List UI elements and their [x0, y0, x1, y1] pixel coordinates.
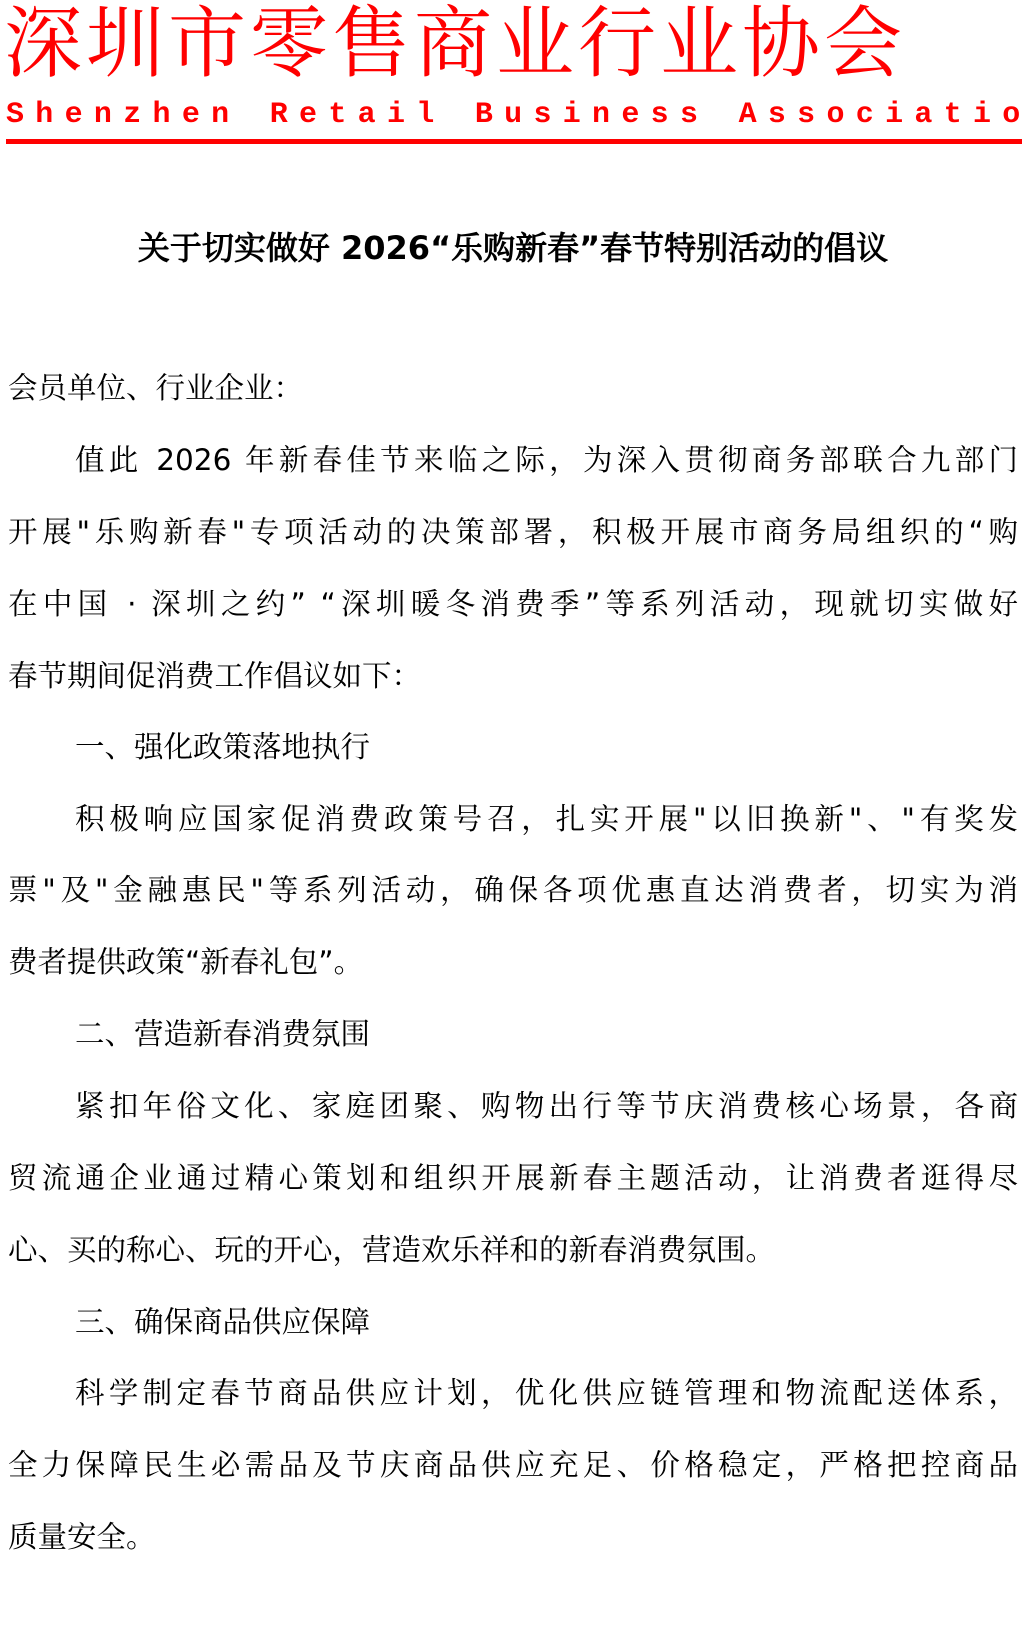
section-line: 紧扣年俗文化、家庭团聚、购物出行等节庆消费核心场景，各商	[75, 1086, 1018, 1126]
section-line: 积极响应国家促消费政策号召，扎实开展"以旧换新"、"有奖发	[75, 799, 1018, 839]
section-line: 全力保障民生必需品及节庆商品供应充足、价格稳定，严格把控商品	[8, 1445, 1018, 1485]
intro-line: 在中国 · 深圳之约” “深圳暖冬消费季”等系列活动，现就切实做好	[8, 584, 1018, 624]
intro-line: 开展"乐购新春"专项活动的决策部署，积极开展市商务局组织的“购	[8, 512, 1018, 552]
section-heading: 一、强化政策落地执行	[75, 727, 1018, 767]
intro-line: 值此 2026 年新春佳节来临之际，为深入贯彻商务部联合九部门	[75, 440, 1018, 480]
section-heading: 三、确保商品供应保障	[75, 1302, 1018, 1342]
intro-line: 春节期间促消费工作倡议如下：	[8, 656, 1018, 696]
salutation: 会员单位、行业企业：	[8, 368, 1018, 408]
section-line: 质量安全。	[8, 1517, 1018, 1557]
section-line: 费者提供政策“新春礼包”。	[8, 942, 1018, 982]
section-line: 贸流通企业通过精心策划和组织开展新春主题活动，让消费者逛得尽	[8, 1158, 1018, 1198]
section-line: 心、买的称心、玩的开心，营造欢乐祥和的新春消费氛围。	[8, 1230, 1018, 1270]
section-line: 票"及"金融惠民"等系列活动，确保各项优惠直达消费者，切实为消	[8, 870, 1018, 910]
association-name-cn: 深圳市零售商业行业协会	[4, 2, 1024, 86]
section-line: 科学制定春节商品供应计划，优化供应链管理和物流配送体系，	[75, 1373, 1018, 1413]
association-name-en: Shenzhen Retail Business Association	[6, 98, 1022, 132]
letterhead-divider	[6, 139, 1022, 144]
document-title: 关于切实做好 2026“乐购新春”春节特别活动的倡议	[0, 228, 1026, 268]
section-heading: 二、营造新春消费氛围	[75, 1014, 1018, 1054]
